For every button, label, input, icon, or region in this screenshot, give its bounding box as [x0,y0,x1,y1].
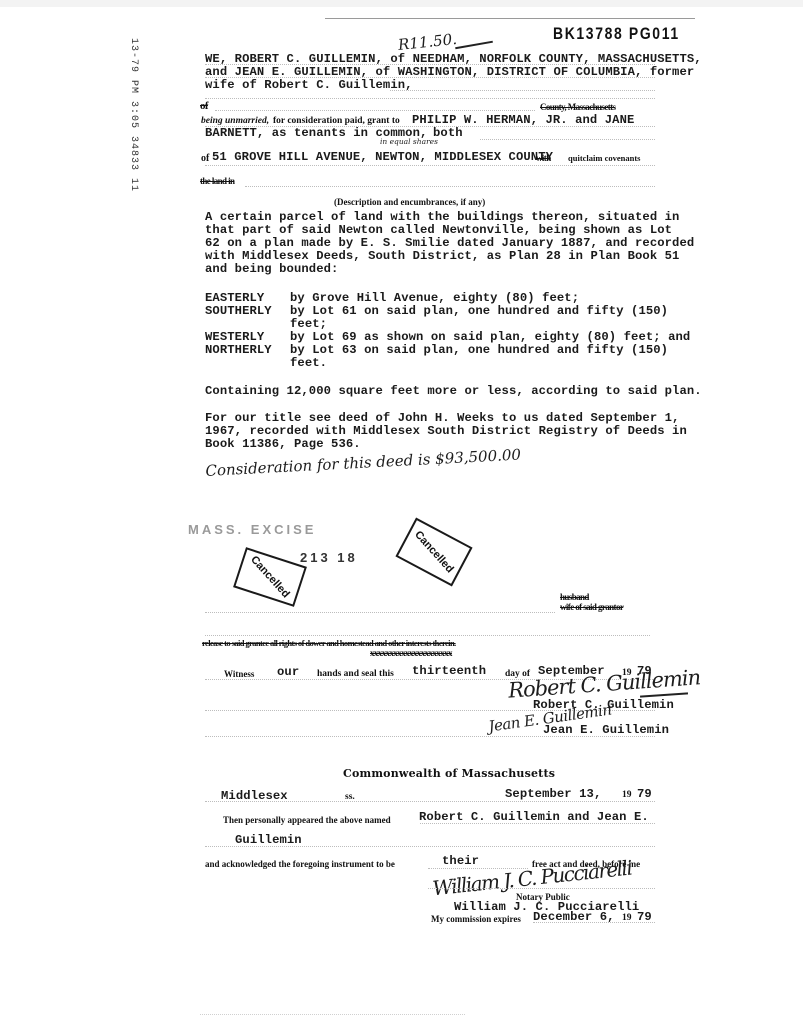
title-reference-line-1: For our title see deed of John H. Weeks … [205,411,679,425]
bound-direction-easterly: EASTERLY [205,291,264,305]
witness-day: thirteenth [412,664,486,678]
ack-year: 79 [637,787,652,801]
struck-county: County, Massachusetts [540,102,615,112]
witness-label: Witness [224,669,254,679]
form-dotted-line [420,823,655,824]
viewer-top-band [0,0,803,7]
bound-text-southerly-cont: feet; [290,317,327,331]
grantee-address: 51 GROVE HILL AVENUE, NEWTON, MIDDLESEX … [212,150,553,164]
form-dotted-line [245,186,655,187]
form-dotted-line [390,90,655,91]
form-of: of [201,153,209,164]
description-line-4: with Middlesex Deeds, South District, as… [205,249,679,263]
cancelled-stamp: Cancelled [233,547,307,607]
struck-release-line-1: release to said grantee all rights of do… [202,638,456,648]
commission-label: My commission expires [431,914,521,924]
ack-acknowledged: and acknowledged the foregoing instrumen… [205,859,395,869]
witness-our: our [277,665,299,679]
bound-direction-westerly: WESTERLY [205,330,264,344]
bound-text-southerly: by Lot 61 on said plan, one hundred and … [290,304,668,318]
ack-names-line-1: Robert C. Guillemin and Jean E. [419,810,649,824]
form-dotted-line [205,165,655,166]
ack-year-prefix: 19 [622,790,632,800]
form-dotted-line [533,922,655,923]
form-dotted-line [205,98,655,99]
ack-their: their [442,854,479,868]
form-dotted-line [480,139,655,140]
title-reference-line-2: 1967, recorded with Middlesex South Dist… [205,424,687,438]
book-page-number: BK13788 PG011 [553,24,680,44]
grantees-line-1: PHILIP W. HERMAN, JR. and JANE [412,113,634,127]
form-dotted-line [205,801,655,802]
form-dotted-line [205,77,655,78]
form-dotted-line [205,736,655,737]
bound-text-northerly-cont: feet. [290,356,327,370]
recording-margin-stamp: 13-79 PM 3:05 34833 11 [128,38,139,192]
bound-text-northerly: by Lot 63 on said plan, one hundred and … [290,343,668,357]
handwritten-insert: in equal shares [380,137,438,146]
cancelled-stamp: Cancelled [395,518,472,587]
description-line-2: that part of said Newton called Newtonvi… [205,223,672,237]
fee-underline [455,41,493,49]
description-line-1: A certain parcel of land with the buildi… [205,210,679,224]
containing-area: Containing 12,000 square feet more or le… [205,384,702,398]
cancelled-stamp-label: Cancelled [248,554,292,601]
description-line-5: and being bounded: [205,262,338,276]
struck-wife-of-grantor: wife of said grantor [560,602,623,612]
bound-text-easterly: by Grove Hill Avenue, eighty (80) feet; [290,291,579,305]
handwritten-fee: R11.50. [397,30,458,54]
ack-names-line-2: Guillemin [235,833,302,847]
witness-hands-seal: hands and seal this [317,669,394,679]
excise-stamp-text: MASS. EXCISE [188,522,316,537]
ack-date: September 13, [505,787,601,801]
struck-release-line-2: xxxxxxxxxxxxxxxxxxxxx [370,648,452,658]
form-dotted-line [205,64,655,65]
header-rule [325,18,695,19]
form-being-unmarried: being unmarried, [201,116,269,126]
scan-artifact-line [200,1014,465,1015]
ack-then-appeared: Then personally appeared the above named [223,815,391,825]
form-dotted-line [215,110,535,111]
bound-direction-northerly: NORTHERLY [205,343,272,357]
form-dotted-line [205,635,650,636]
struck-with: with [536,153,551,163]
excise-stamp-number: 213 18 [300,550,358,565]
description-line-3: 62 on a plan made by E. S. Smilie dated … [205,236,694,250]
struck-husband: husband [560,592,589,602]
signer-name-jean: Jean E. Guillemin [543,723,669,737]
title-reference-line-3: Book 11386, Page 536. [205,437,361,451]
form-consideration: for consideration paid, grant to [273,116,400,126]
struck-the-land: the land in [200,176,234,186]
form-dotted-line [428,888,655,889]
description-heading: (Description and encumbrances, if any) [334,197,485,207]
struck-of: of [200,100,208,112]
commonwealth-heading: Commonwealth of Massachusetts [343,767,555,780]
bound-direction-southerly: SOUTHERLY [205,304,272,318]
bound-text-westerly: by Lot 69 as shown on said plan, eighty … [290,330,690,344]
cancelled-stamp-label: Cancelled [412,529,456,576]
grantors-line-3: wife of Robert C. Guillemin, [205,78,413,92]
form-dotted-line [205,126,655,127]
signature-flourish [640,692,688,697]
form-dotted-line [205,612,555,613]
form-quitclaim-covenants: quitclaim covenants [568,153,641,163]
form-dotted-line [205,846,655,847]
